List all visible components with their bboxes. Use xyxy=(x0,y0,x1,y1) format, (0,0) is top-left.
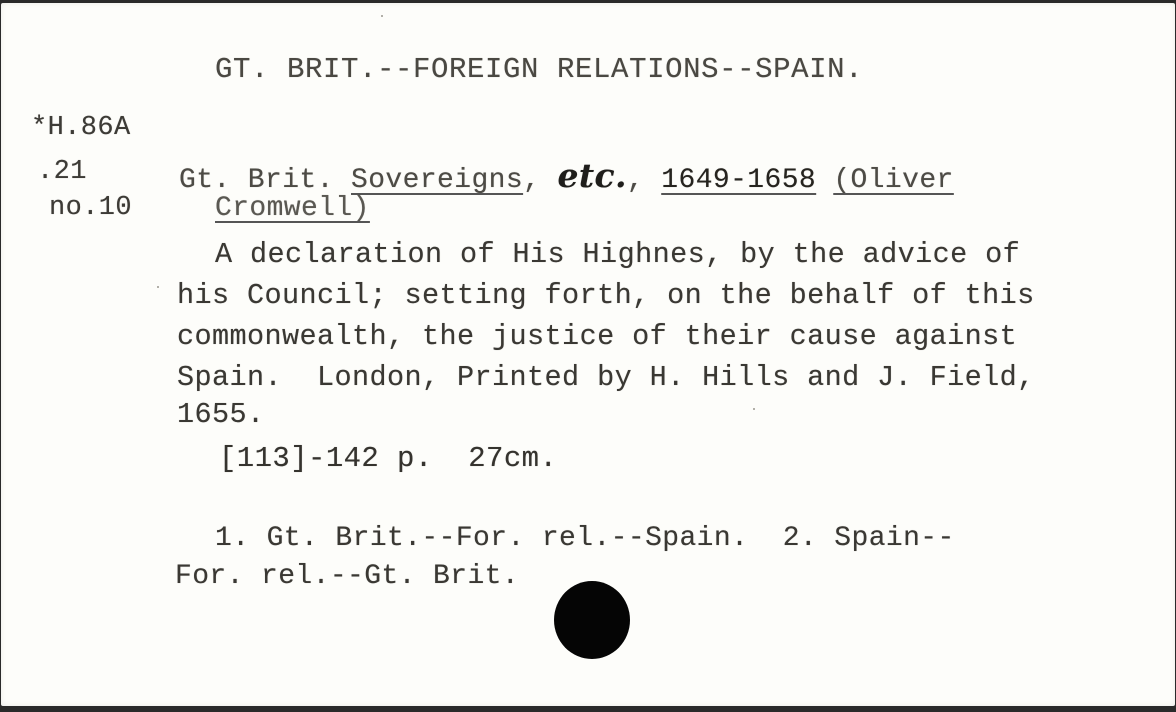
call-number-line-3: no.10 xyxy=(49,195,132,222)
main-entry-name-open: (Oliver xyxy=(833,165,953,196)
tracing-line-2: For. rel.--Gt. Brit. xyxy=(175,563,519,591)
collation: [113]-142 p. 27cm. xyxy=(219,444,557,473)
main-entry-etc-handwritten: etc. xyxy=(557,156,626,195)
main-entry-separator: , xyxy=(523,165,557,196)
title-line-1: A declaration of His Highnes, by the adv… xyxy=(215,241,1020,270)
main-entry-jurisdiction: Gt. Brit. xyxy=(179,165,351,196)
subject-heading: GT. BRIT.--FOREIGN RELATIONS--SPAIN. xyxy=(215,55,863,84)
title-line-5: 1655. xyxy=(177,401,265,430)
main-entry-space xyxy=(816,165,833,196)
main-entry-line-2: Cromwell) xyxy=(215,195,370,223)
ink-speck xyxy=(381,15,383,17)
title-line-2: his Council; setting forth, on the behal… xyxy=(177,282,1035,311)
ink-speck xyxy=(753,408,755,410)
call-number-line-1: *H.86A xyxy=(31,115,131,142)
ink-speck xyxy=(157,286,159,288)
title-line-3: commonwealth, the justice of their cause… xyxy=(177,323,1017,352)
main-entry-name-close: Cromwell) xyxy=(215,193,370,224)
punch-hole xyxy=(554,581,630,659)
main-entry-separator-2: , xyxy=(627,165,661,196)
title-line-4: Spain. London, Printed by H. Hills and J… xyxy=(177,364,1035,393)
catalog-card: GT. BRIT.--FOREIGN RELATIONS--SPAIN. *H.… xyxy=(1,3,1175,706)
tracing-line-1: 1. Gt. Brit.--For. rel.--Spain. 2. Spain… xyxy=(215,525,955,553)
main-entry-sovereigns: Sovereigns xyxy=(351,165,523,196)
call-number-line-2: .21 xyxy=(37,159,87,186)
main-entry-line-1: Gt. Brit. Sovereigns, etc., 1649-1658 (O… xyxy=(179,159,954,195)
main-entry-dates: 1649-1658 xyxy=(661,165,816,196)
